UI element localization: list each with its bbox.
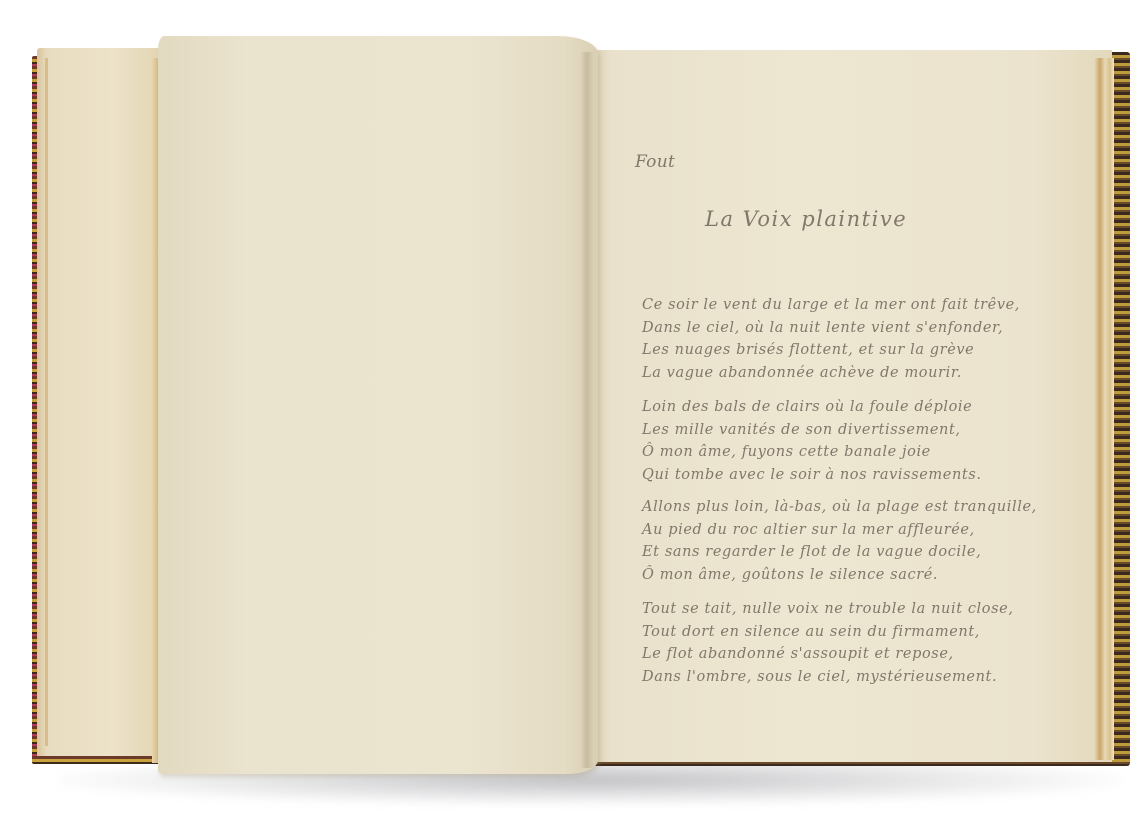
poem-line: Ô mon âme, fuyons cette banale joie bbox=[642, 441, 982, 464]
poem-line: Dans l'ombre, sous le ciel, mystérieusem… bbox=[642, 666, 1014, 689]
book-spine-gutter bbox=[580, 52, 594, 768]
poem-line: Ô mon âme, goûtons le silence sacré. bbox=[642, 564, 1037, 587]
poem-line: Les nuages brisés flottent, et sur la gr… bbox=[642, 339, 1020, 362]
poem-stanza-1: Ce soir le vent du large et la mer ont f… bbox=[642, 294, 1020, 384]
poem-line: Ce soir le vent du large et la mer ont f… bbox=[642, 294, 1020, 317]
right-page-edges bbox=[1094, 58, 1114, 760]
poem-line: Tout se tait, nulle voix ne trouble la n… bbox=[642, 598, 1014, 621]
poem-line: Les mille vanités de son divertissement, bbox=[642, 419, 982, 442]
left-flyleaf bbox=[37, 48, 163, 756]
poem-line: Tout dort en silence au sein du firmamen… bbox=[642, 621, 1014, 644]
poem-line: Dans le ciel, où la nuit lente vient s'e… bbox=[642, 317, 1020, 340]
page-heading-mark: Fout bbox=[635, 152, 675, 172]
poem-line: Le flot abandonné s'assoupit et repose, bbox=[642, 643, 1014, 666]
poem-stanza-3: Allons plus loin, là-bas, où la plage es… bbox=[642, 496, 1037, 586]
poem-line: Qui tombe avec le soir à nos ravissement… bbox=[642, 464, 982, 487]
poem-line: Et sans regarder le flot de la vague doc… bbox=[642, 541, 1037, 564]
poem-line: Allons plus loin, là-bas, où la plage es… bbox=[642, 496, 1037, 519]
poem-line: Loin des bals de clairs où la foule dépl… bbox=[642, 396, 982, 419]
poem-stanza-2: Loin des bals de clairs où la foule dépl… bbox=[642, 396, 982, 486]
poem-line: La vague abandonnée achève de mourir. bbox=[642, 362, 1020, 385]
poem-title: La Voix plaintive bbox=[705, 207, 907, 231]
poem-line: Au pied du roc altier sur la mer affleur… bbox=[642, 519, 1037, 542]
left-page-blank bbox=[158, 36, 598, 774]
poem-stanza-4: Tout se tait, nulle voix ne trouble la n… bbox=[642, 598, 1014, 688]
